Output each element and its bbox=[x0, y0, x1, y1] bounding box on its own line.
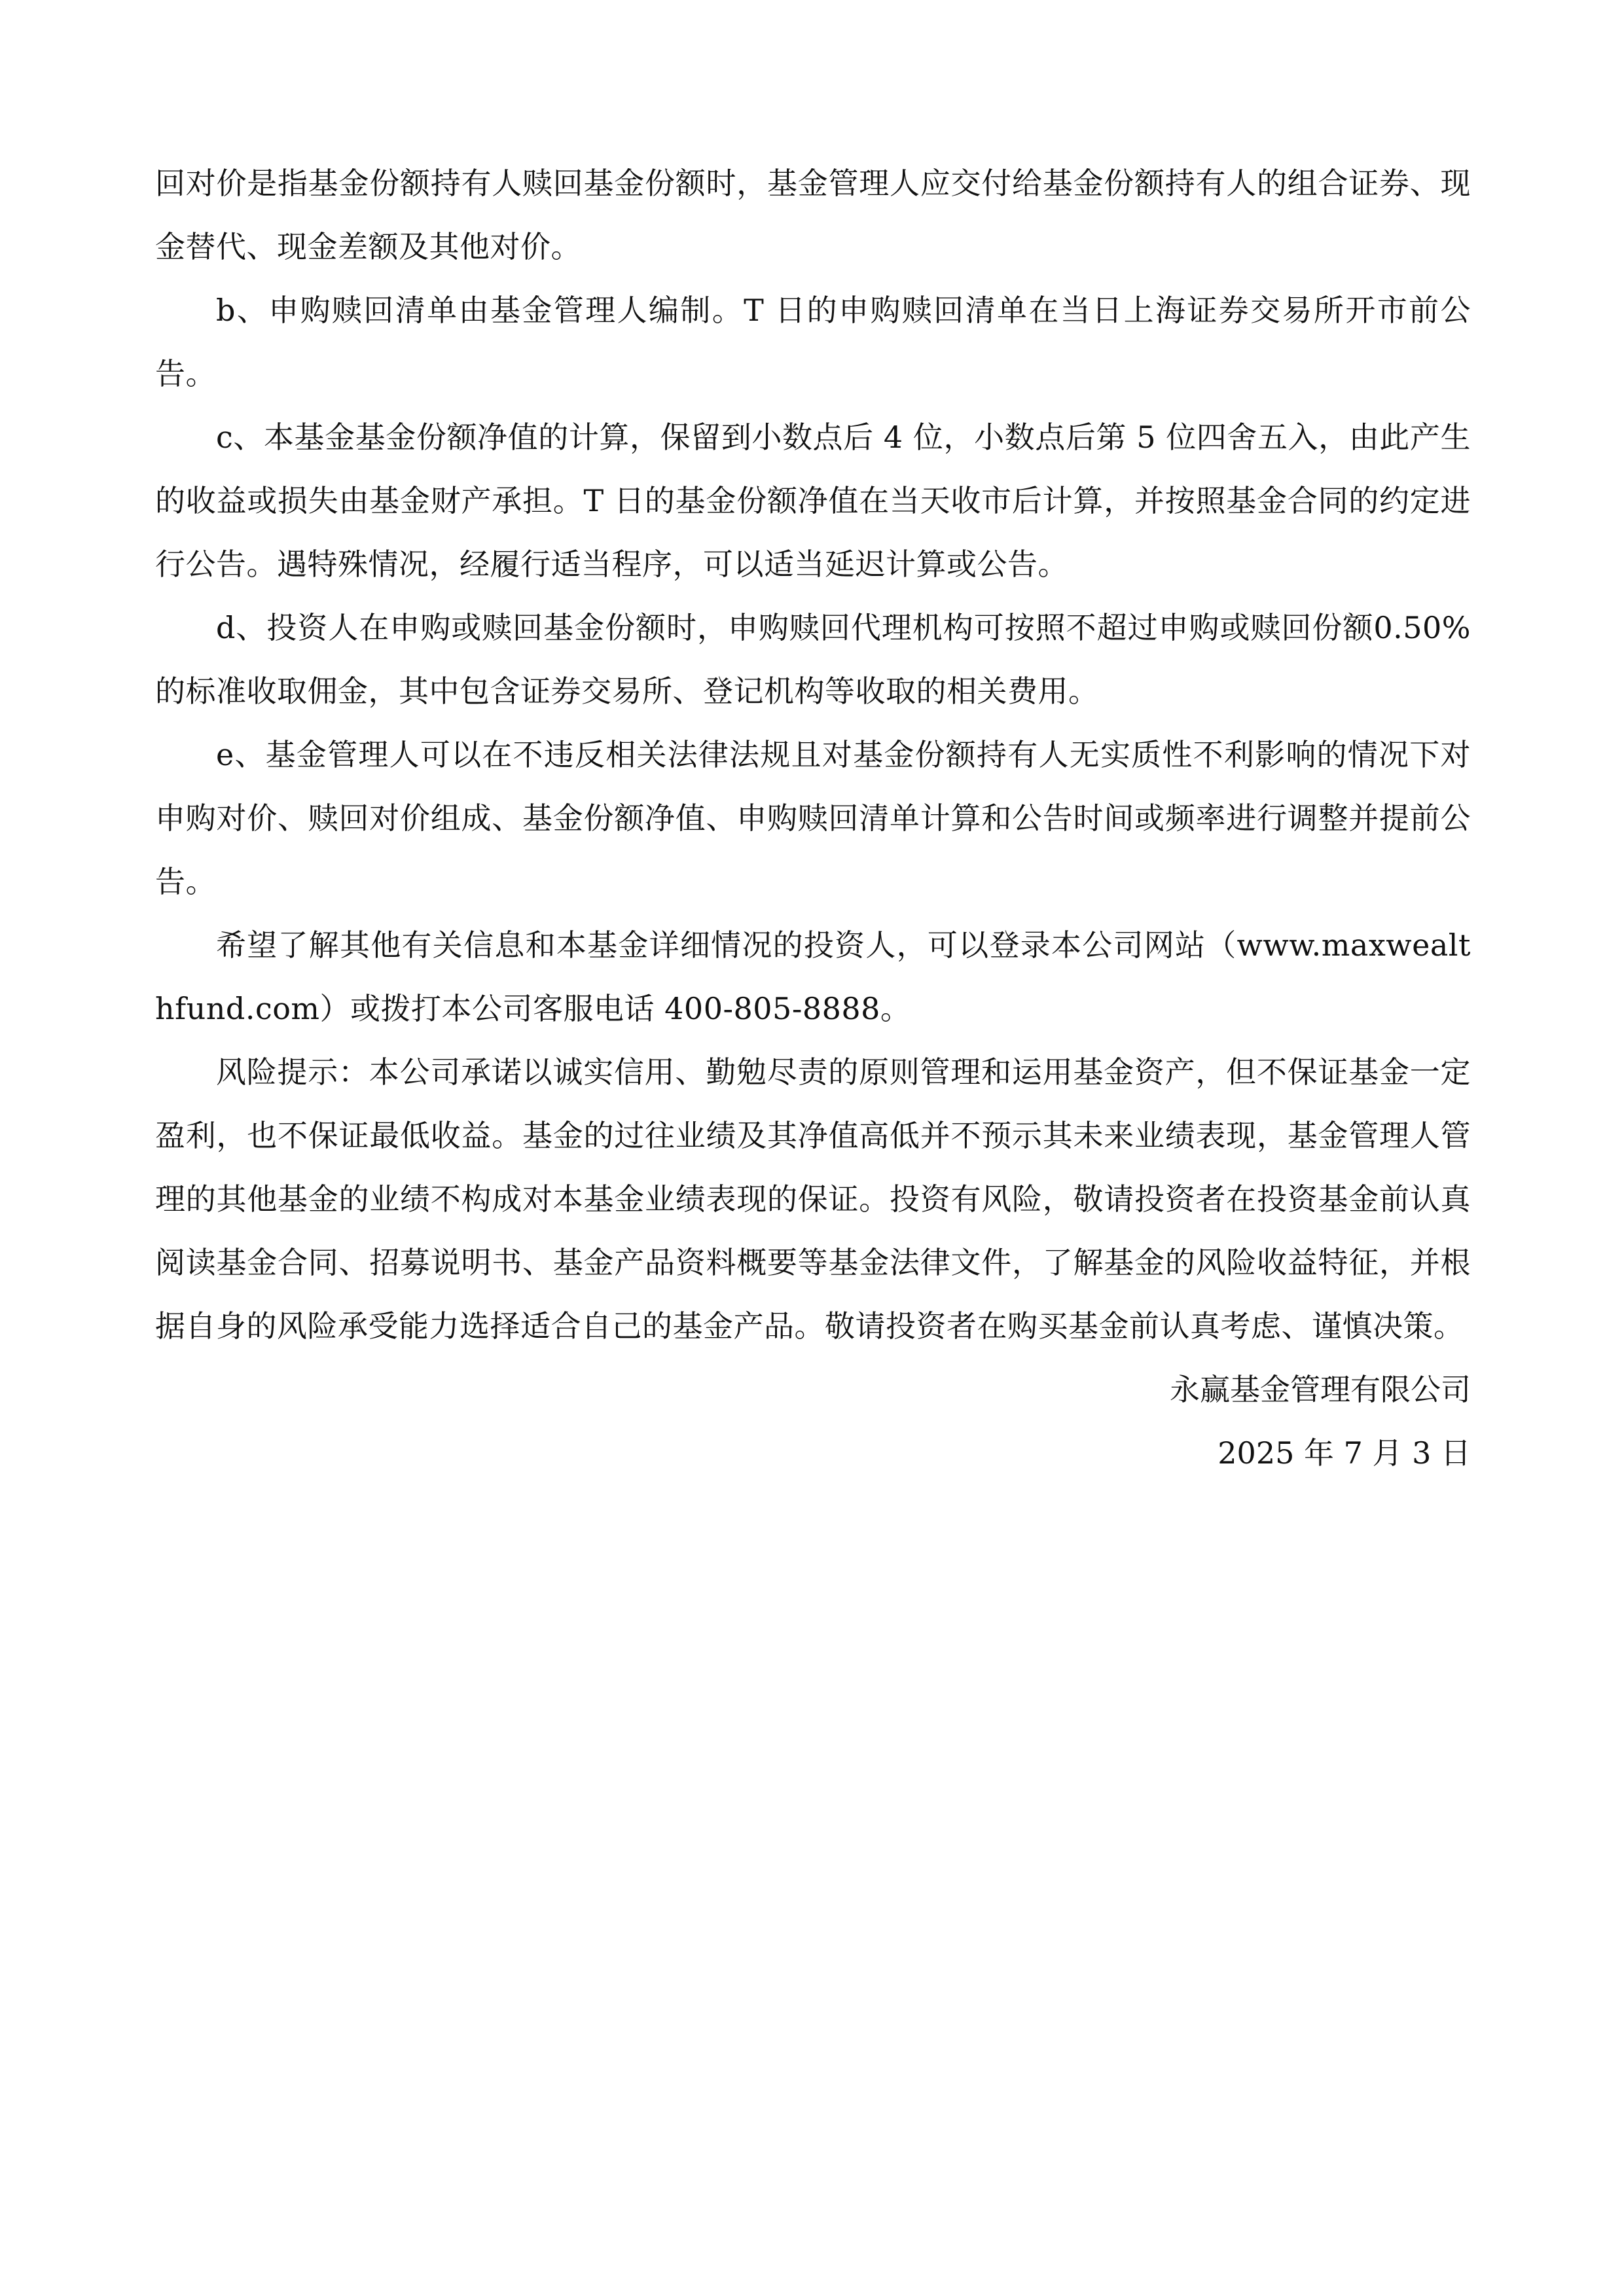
paragraph-item-c: c、本基金基金份额净值的计算，保留到小数点后 4 位，小数点后第 5 位四舍五入… bbox=[155, 406, 1471, 596]
signature-block: 永赢基金管理有限公司 2025 年 7 月 3 日 bbox=[155, 1358, 1471, 1485]
signature-date: 2025 年 7 月 3 日 bbox=[155, 1422, 1471, 1485]
paragraph-risk-notice: 风险提示：本公司承诺以诚实信用、勤勉尽责的原则管理和运用基金资产，但不保证基金一… bbox=[155, 1041, 1471, 1358]
document-page: 回对价是指基金份额持有人赎回基金份额时，基金管理人应交付给基金份额持有人的组合证… bbox=[155, 152, 1471, 1485]
paragraph-item-d: d、投资人在申购或赎回基金份额时，申购赎回代理机构可按照不超过申购或赎回份额0.… bbox=[155, 596, 1471, 723]
paragraph-contact-info: 希望了解其他有关信息和本基金详细情况的投资人，可以登录本公司网站（www.max… bbox=[155, 914, 1471, 1041]
paragraph-continuation: 回对价是指基金份额持有人赎回基金份额时，基金管理人应交付给基金份额持有人的组合证… bbox=[155, 152, 1471, 279]
paragraph-item-e: e、基金管理人可以在不违反相关法律法规且对基金份额持有人无实质性不利影响的情况下… bbox=[155, 723, 1471, 914]
signature-company: 永赢基金管理有限公司 bbox=[155, 1358, 1471, 1422]
paragraph-item-b: b、申购赎回清单由基金管理人编制。T 日的申购赎回清单在当日上海证券交易所开市前… bbox=[155, 279, 1471, 406]
